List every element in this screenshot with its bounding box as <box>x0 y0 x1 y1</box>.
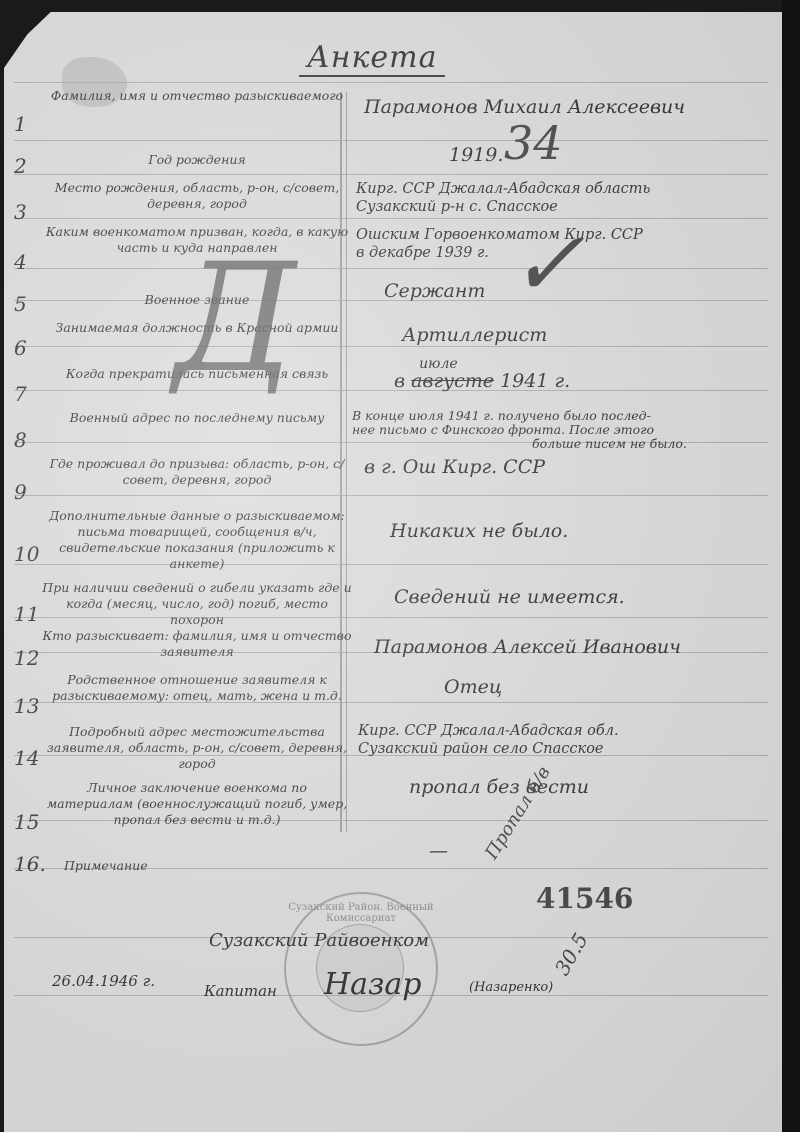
question-text: Родственное отношение заявителя к разыск… <box>42 672 352 704</box>
question-number: 6 <box>14 336 27 360</box>
answer-applicant: Парамонов Алексей Иванович <box>374 636 794 658</box>
question-text: Год рождения <box>42 152 352 168</box>
large-letter-annotation: Д <box>174 232 296 406</box>
answer-conscription-line1: Ошским Горвоенкоматом Кирг. ССР <box>356 226 776 244</box>
question-number: 14 <box>14 746 39 770</box>
archive-number: 41546 <box>536 882 633 915</box>
question-text: Военный адрес по последнему письму <box>42 410 352 426</box>
question-number: 13 <box>14 694 39 718</box>
question-text: Военное звание <box>42 292 352 308</box>
answer-note: — <box>429 840 800 862</box>
question-text: Место рождения, область, р-он, с/совет, … <box>42 180 352 212</box>
question-number: 12 <box>14 646 39 670</box>
question-number: 16. <box>14 852 46 876</box>
question-text: Кто разыскивает: фамилия, имя и отчество… <box>42 628 352 660</box>
question-number: 1 <box>14 112 27 136</box>
margin-note: Пропал б/в <box>481 763 555 863</box>
answer-address-line3: больше писем не было. <box>532 436 800 451</box>
question-text: Дополнительные данные о разыскиваемом: п… <box>42 508 352 572</box>
question-number: 15 <box>14 810 39 834</box>
document-page: Анкета 1 Фамилия, имя и отчество разыски… <box>4 12 782 1132</box>
question-number: 10 <box>14 542 39 566</box>
question-text: Примечание <box>64 858 374 874</box>
answer-year: 1941 г. <box>500 370 570 392</box>
question-text: Когда прекратилась письменная связь <box>42 366 352 382</box>
question-number: 7 <box>14 382 27 406</box>
answer-birthplace-line2: Сузакский р-н с. Спасское <box>356 198 776 216</box>
answer-conscription-line2: в декабре 1939 г. <box>356 244 776 262</box>
question-number: 8 <box>14 428 27 452</box>
form-title: Анкета <box>299 40 445 77</box>
answer-position: Артиллерист <box>402 324 800 346</box>
answer-name: Парамонов Михаил Алексеевич <box>364 96 784 118</box>
answer-death-info: Сведений не имеется. <box>394 586 800 608</box>
answer-additional-data: Никаких не было. <box>390 520 800 542</box>
answer-rank: Сержант <box>384 280 800 302</box>
rank-label: Капитан <box>204 982 277 1000</box>
stain <box>62 57 127 107</box>
question-text: Каким военкоматом призван, когда, в каку… <box>42 224 352 256</box>
scan-edge <box>782 0 800 1132</box>
answer-applicant-address-line2: Сузакский район село Спасское <box>358 740 778 758</box>
stamp-text: Сузакский Район. Военный Комиссариат <box>286 902 436 924</box>
signature-date: 26.04.1946 г. <box>52 972 155 990</box>
question-number: 4 <box>14 250 27 274</box>
struck-word: августе <box>411 370 494 392</box>
question-number: 3 <box>14 200 27 224</box>
answer-residence: в г. Ош Кирг. ССР <box>364 456 784 478</box>
answer-address-line2: нее письмо с Финского фронта. После этог… <box>352 422 772 437</box>
question-number: 9 <box>14 480 27 504</box>
question-number: 11 <box>14 602 39 626</box>
question-number: 5 <box>14 292 27 316</box>
checkmark-icon: ✓ <box>509 212 584 317</box>
signature-name: (Назаренко) <box>469 980 553 995</box>
archive-date: 30.5 <box>550 929 593 980</box>
question-text: Где проживал до призыва: область, р-он, … <box>42 456 352 488</box>
question-text: При наличии сведений о гибели указать гд… <box>42 580 352 628</box>
question-text: Занимаемая должность в Красной армии <box>42 320 352 336</box>
answer-prefix: в <box>394 370 405 392</box>
question-text: Фамилия, имя и отчество разыскиваемого <box>42 88 352 104</box>
question-number: 2 <box>14 154 27 178</box>
signature: Назар <box>324 967 422 1002</box>
answer-birthplace-line1: Кирг. ССР Джалал-Абадская область <box>356 180 776 198</box>
answer-last-contact: в августе июле 1941 г. <box>394 370 800 392</box>
answer-birth-year: 1919. <box>449 144 800 166</box>
answer-applicant-address-line1: Кирг. ССР Джалал-Абадская обл. <box>358 722 778 740</box>
answer-relation: Отец <box>444 676 800 698</box>
inserted-word: июле <box>419 356 458 372</box>
number-34-annotation: 34 <box>504 116 563 170</box>
question-text: Подробный адрес местожительства заявител… <box>42 724 352 772</box>
question-text: Личное заключение военкома по материалам… <box>42 780 352 828</box>
answer-conclusion: пропал без вести <box>409 776 800 798</box>
answer-address-line1: В конце июля 1941 г. получено было после… <box>352 408 772 423</box>
office-label: Сузакский Райвоенком <box>209 930 429 951</box>
official-stamp: Сузакский Район. Военный Комиссариат <box>284 892 438 1046</box>
